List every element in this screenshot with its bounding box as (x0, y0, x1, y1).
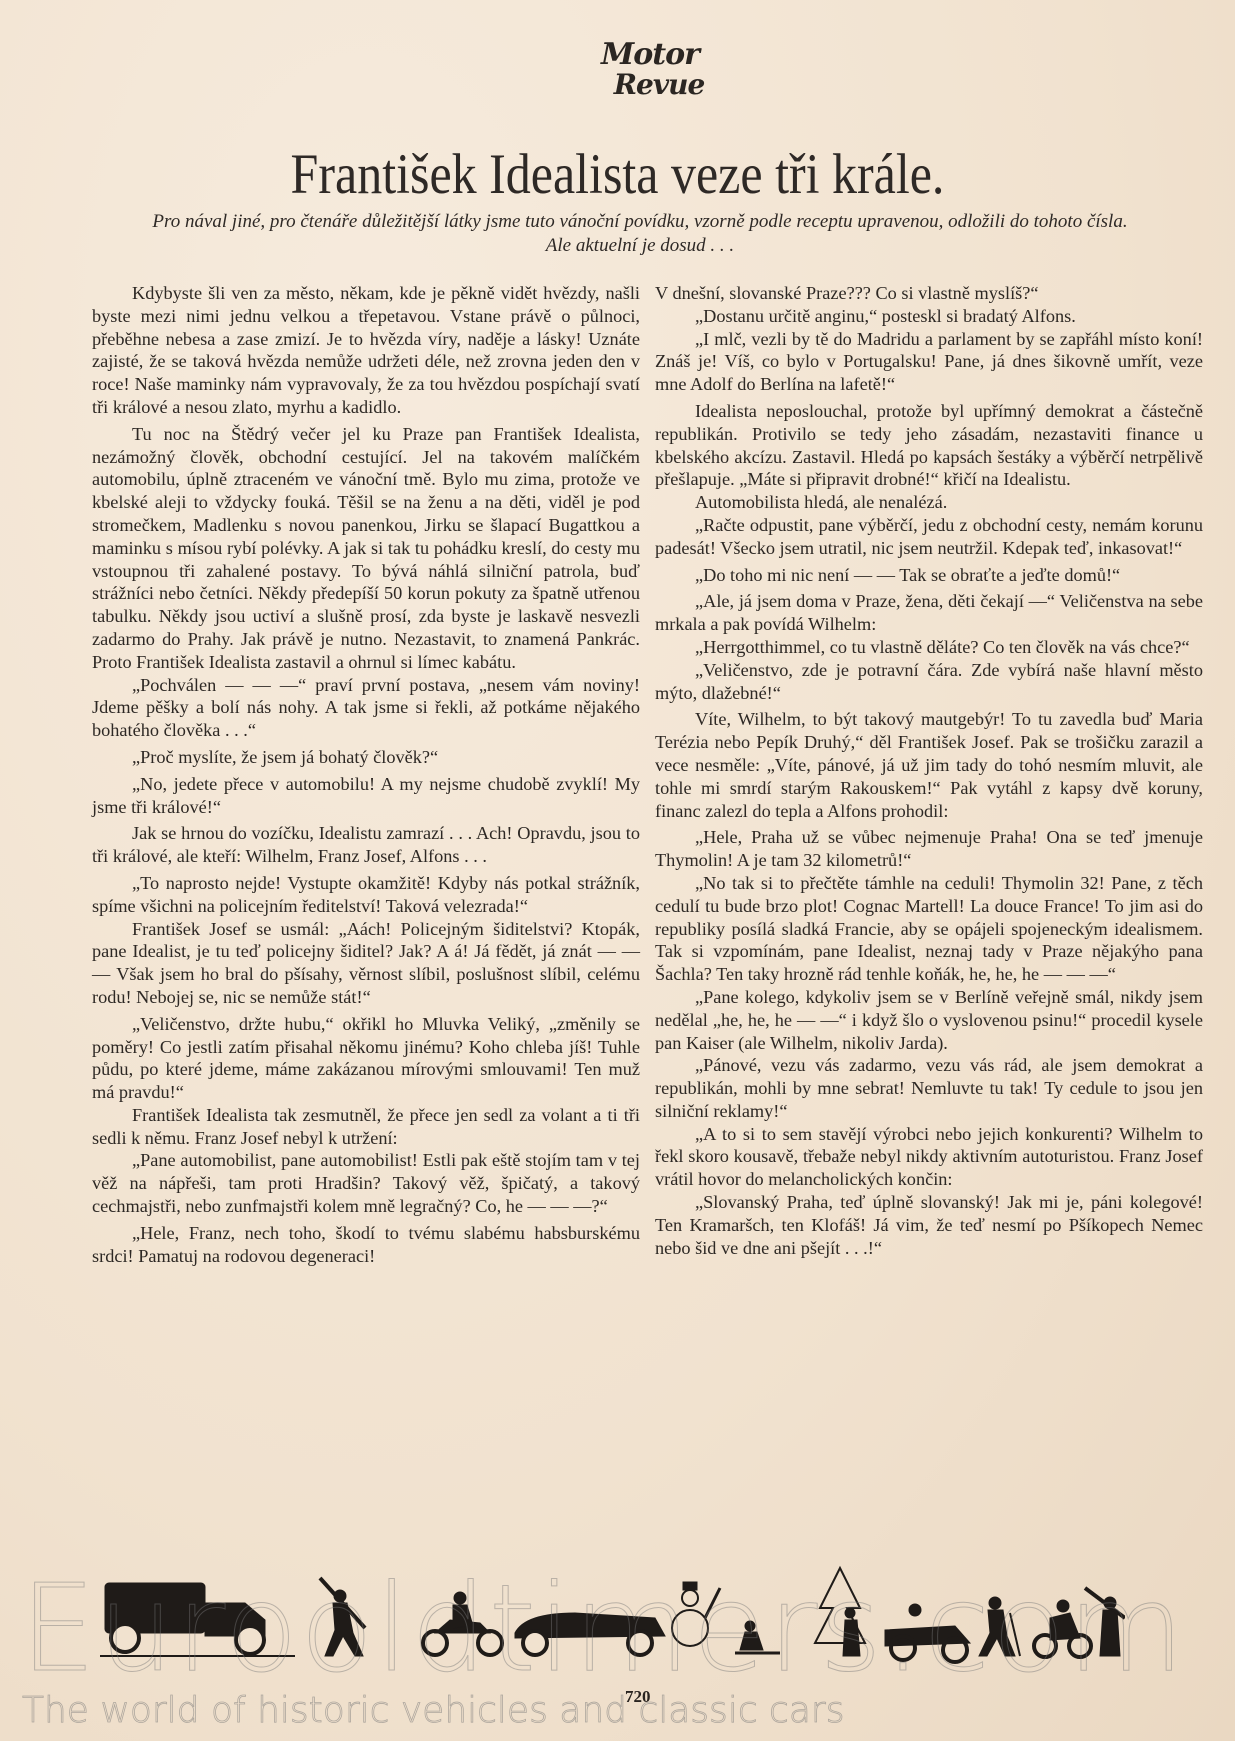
sports-car-icon (515, 1613, 665, 1655)
paragraph: „Pane kolego, kdykoliv jsem se v Berlíně… (655, 986, 1203, 1054)
sled-icon (735, 1621, 780, 1653)
paragraph: „I mlč, vezli by tě do Madridu a parlame… (655, 328, 1203, 396)
motorcycle-icon (423, 1592, 502, 1655)
paragraph: „No, jedete přece v automobilu! A my nej… (92, 773, 640, 819)
paragraph: „Pochválen — — —“ praví první postava, „… (92, 674, 640, 742)
paragraph: „A to si to sem stavějí výrobci nebo jej… (655, 1123, 1203, 1191)
paragraph: „Pánové, vezu vás zadarmo, vezu vás rád,… (655, 1054, 1203, 1122)
walking-figure-icon (979, 1597, 1020, 1656)
masthead-logo: Motor Revue (580, 40, 720, 100)
paragraph: Kdybyste šli ven za město, někam, kde je… (92, 282, 640, 419)
right-column: V dnešní, slovanské Praze??? Co si vlast… (655, 282, 1203, 1259)
small-car-icon (885, 1604, 970, 1662)
snowman-icon (672, 1582, 720, 1646)
paragraph: „Herrgotthimmel, co tu vlastně děláte? C… (655, 636, 1203, 659)
footer-illustration (95, 1558, 1125, 1668)
paragraph: V dnešní, slovanské Praze??? Co si vlast… (655, 282, 1203, 305)
paragraph: František Idealista tak zesmutněl, že př… (92, 1104, 640, 1150)
watermark-tagline: The world of historic vehicles and class… (22, 1690, 844, 1731)
paragraph: Jak se hrnou do vozíčku, Idealistu zamra… (92, 822, 640, 868)
paragraph: „Ale, já jsem doma v Praze, žena, děti č… (655, 590, 1203, 636)
motorcyclist-icon (1034, 1600, 1091, 1657)
article-subtitle: Pro nával jiné, pro čtenáře důležitější … (150, 210, 1130, 258)
paragraph: „Pane automobilist, pane automobilist! E… (92, 1149, 640, 1217)
paragraph: „To naprosto nejde! Vystupte okamžitě! K… (92, 872, 640, 918)
paragraph: „Veličenstvo, držte hubu,“ okřikl ho Mlu… (92, 1013, 640, 1104)
masthead-line-2: Revue (598, 70, 720, 100)
tree-icon (815, 1568, 865, 1656)
paragraph: „Dostanu určitě anginu,“ posteskl si bra… (655, 305, 1203, 328)
paragraph: František Josef se usmál: „Aách! Policej… (92, 918, 640, 1009)
paragraph: „Proč myslíte, že jsem já bohatý člověk?… (92, 746, 640, 769)
paragraph: „Račte odpustit, pane výběrčí, jedu z ob… (655, 514, 1203, 560)
skier-figure-icon (320, 1578, 365, 1656)
paragraph: „Hele, Franz, nech toho, škodí to tvému … (92, 1222, 640, 1268)
paragraph: „No tak si to přečtěte támhle na ceduli!… (655, 872, 1203, 986)
limousine-icon (100, 1583, 295, 1656)
masthead-line-1: Motor (580, 40, 720, 70)
paragraph: Idealista neposlouchal, protože byl upří… (655, 400, 1203, 491)
paragraph: Automobilista hledá, ale nenalézá. (655, 491, 1203, 514)
paragraph: „Do toho mi nic není — — Tak se obraťte … (655, 564, 1203, 587)
paragraph: „Hele, Praha už se vůbec nejmenuje Praha… (655, 826, 1203, 872)
paragraph: Tu noc na Štědrý večer jel ku Praze pan … (92, 423, 640, 674)
paragraph: Víte, Wilhelm, to být takový mautgebýr! … (655, 708, 1203, 822)
paragraph: „Veličenstvo, zde je potravní čára. Zde … (655, 659, 1203, 705)
paragraph: „Slovanský Praha, teď úplně slovanský! J… (655, 1191, 1203, 1259)
article-title: František Idealista veze tři krále. (0, 140, 1235, 207)
left-column: Kdybyste šli ven za město, někam, kde je… (92, 282, 640, 1267)
